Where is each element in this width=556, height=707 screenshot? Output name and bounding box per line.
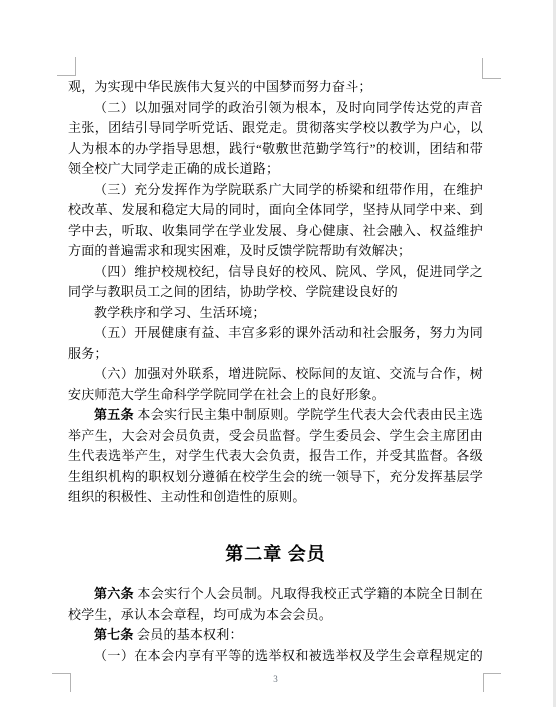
document-text-line: 同学与教职员工之间的团结，协助学校、学院建设良好的 <box>68 282 483 303</box>
document-text-line: （一）在本会内享有平等的选举权和被选举权及学生会章程规定的其 <box>68 646 483 667</box>
page-number: 3 <box>68 674 483 684</box>
document-text-block-lower: 第六条 本会实行个人会员制。凡取得我校正式学籍的本院全日制在校学生，承认本会章程… <box>68 584 483 666</box>
document-text-line: 学中去，听取、收集同学在学业发展、身心健康、社会融入、权益维护等 <box>68 221 483 242</box>
document-text-line: 主张，团结引导同学听党话、跟党走。贯彻落实学校以教学为户心，以育 <box>68 118 483 139</box>
document-text-line: （二）以加强对同学的政治引领为根本，及时向同学传达党的声音和 <box>68 98 483 119</box>
document-text-line: （六）加强对外联系，增进院际、校际间的友谊、交流与合作，树立 <box>68 364 483 385</box>
document-text-line: 生代表选举产生，对学生代表大会负责，报告工作，并受其监督。各级学 <box>68 446 483 467</box>
document-text-line: 观，为实现中华民族伟大复兴的中国梦而努力奋斗； <box>68 77 483 98</box>
document-text-line: 第六条 本会实行个人会员制。凡取得我校正式学籍的本院全日制在 <box>68 584 483 605</box>
document-text-line: 领全校广大同学走正确的成长道路； <box>68 159 483 180</box>
document-text-line: 方面的普遍需求和现实困难，及时反馈学院帮助有效解决； <box>68 241 483 262</box>
document-text-line: （五）开展健康有益、丰宫多彩的课外活动和社会服务，努力为同学 <box>68 323 483 344</box>
document-text-line: 人为根本的办学指导思想，践行“敬敷世范勤学笃行”的校训，团结和带 <box>68 139 483 160</box>
article-number: 第五条 <box>94 407 134 422</box>
document-text-line: 组织的积极性、主动性和创造性的原则。 <box>68 487 483 508</box>
document-text-line: （四）维护校规校纪，信导良好的校风、院风、学风，促进同学之间、 <box>68 262 483 283</box>
crop-mark-bottom-right <box>483 673 501 692</box>
document-page: 观，为实现中华民族伟大复兴的中国梦而努力奋斗；（二）以加强对同学的政治引领为根本… <box>0 0 556 707</box>
document-text-block-upper: 观，为实现中华民族伟大复兴的中国梦而努力奋斗；（二）以加强对同学的政治引领为根本… <box>68 77 483 508</box>
document-text-line: 校学生，承认本会章程，均可成为本会会员。 <box>68 605 483 626</box>
document-text-line: 安庆师范大学生命科学学院同学在社会上的良好形象。 <box>68 385 483 406</box>
crop-mark-top-right <box>482 58 501 79</box>
article-number: 第七条 <box>94 627 134 642</box>
document-text-line: 校改革、发展和稳定大局的同时，面向全体同学，坚持从同学中来、到同 <box>68 200 483 221</box>
document-text-line: 服务； <box>68 344 483 365</box>
article-number: 第六条 <box>94 586 134 601</box>
document-text-line: 教学秩序和学习、生活环境； <box>68 303 483 324</box>
chapter-heading: 第二章 会员 <box>68 540 483 566</box>
document-text-line: 生组织机构的职权划分遵循在校学生会的统一领导下，充分发挥基层学生 <box>68 467 483 488</box>
document-text-line: 举产生，大会对会员负责，受会员监督。学生委员会、学生会主席团由学 <box>68 426 483 447</box>
document-text-line: 第七条 会员的基本权利： <box>68 625 483 646</box>
document-text-line: （三）充分发挥作为学院联系广大同学的桥梁和纽带作用，在维护学 <box>68 180 483 201</box>
crop-mark-top-left <box>57 57 76 76</box>
document-text-line: 第五条 本会实行民主集中制原则。学院学生代表大会代表由民主选 <box>68 405 483 426</box>
